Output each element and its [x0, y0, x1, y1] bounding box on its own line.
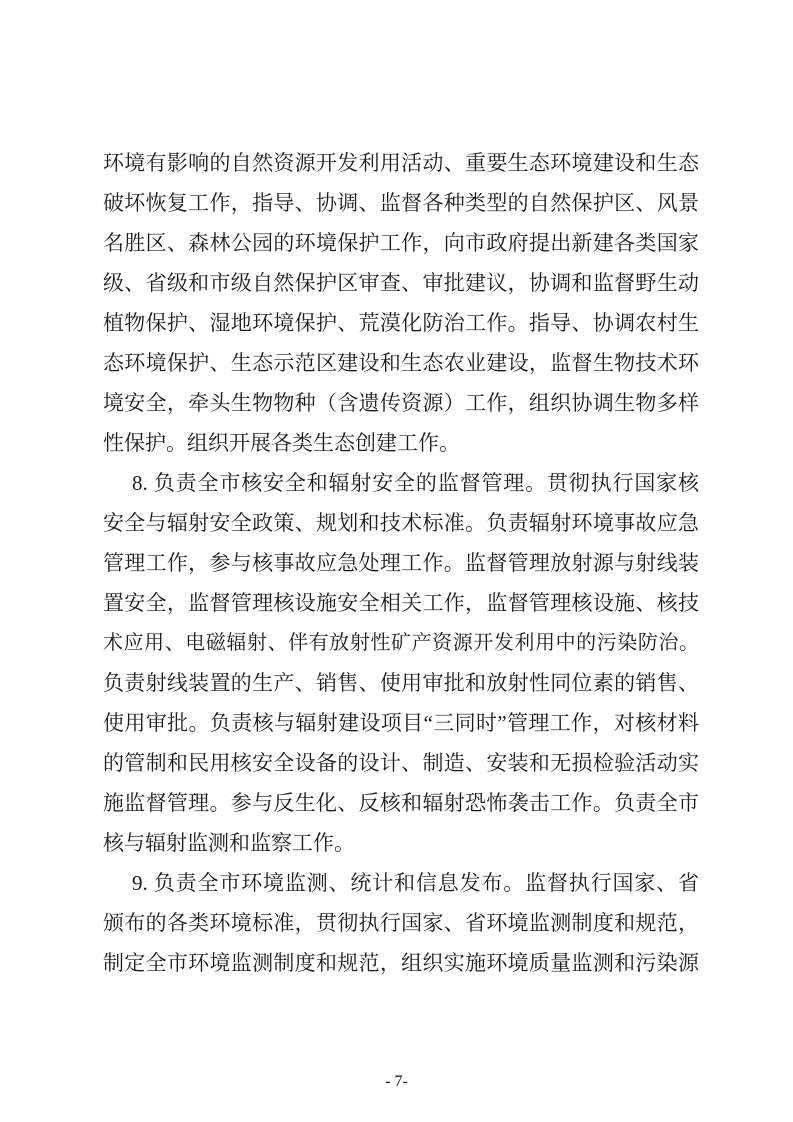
- paragraph-continuation: 环境有影响的自然资源开发利用活动、重要生态环境建设和生态 破坏恢复工作，指导、协…: [103, 143, 699, 463]
- text-line: 境安全，牵头生物物种（含遗传资源）工作，组织协调生物多样: [103, 383, 699, 423]
- text-line: 性保护。组织开展各类生态创建工作。: [103, 423, 699, 463]
- text-block: 环境有影响的自然资源开发利用活动、重要生态环境建设和生态 破坏恢复工作，指导、协…: [103, 143, 699, 983]
- page-number: - 7-: [385, 1073, 408, 1090]
- text-line: 级、省级和市级自然保护区审查、审批建议，协调和监督野生动: [103, 263, 699, 303]
- text-line: 态环境保护、生态示范区建设和生态农业建设，监督生物技术环: [103, 343, 699, 383]
- text-line: 植物保护、湿地环境保护、荒漠化防治工作。指导、协调农村生: [103, 303, 699, 343]
- paragraph-item-9: 9. 负责全市环境监测、统计和信息发布。监督执行国家、省 颁布的各类环境标准，贯…: [103, 863, 699, 983]
- text-line: 8. 负责全市核安全和辐射安全的监督管理。贯彻执行国家核: [103, 463, 699, 503]
- document-page: 环境有影响的自然资源开发利用活动、重要生态环境建设和生态 破坏恢复工作，指导、协…: [0, 0, 793, 1122]
- text-line: 9. 负责全市环境监测、统计和信息发布。监督执行国家、省: [103, 863, 699, 903]
- text-line: 的管制和民用核安全设备的设计、制造、安装和无损检验活动实: [103, 743, 699, 783]
- text-line: 名胜区、森林公园的环境保护工作，向市政府提出新建各类国家: [103, 223, 699, 263]
- page-footer: - 7-: [0, 1070, 793, 1094]
- text-line: 颁布的各类环境标准，贯彻执行国家、省环境监测制度和规范，: [103, 903, 699, 943]
- text-line: 安全与辐射安全政策、规划和技术标准。负责辐射环境事故应急: [103, 503, 699, 543]
- paragraph-item-8: 8. 负责全市核安全和辐射安全的监督管理。贯彻执行国家核 安全与辐射安全政策、规…: [103, 463, 699, 863]
- text-line: 使用审批。负责核与辐射建设项目“三同时”管理工作，对核材料: [103, 703, 699, 743]
- text-line: 核与辐射监测和监察工作。: [103, 823, 699, 863]
- text-line: 术应用、电磁辐射、伴有放射性矿产资源开发利用中的污染防治。: [103, 623, 699, 663]
- text-line: 制定全市环境监测制度和规范，组织实施环境质量监测和污染源: [103, 943, 699, 983]
- text-line: 管理工作，参与核事故应急处理工作。监督管理放射源与射线装: [103, 543, 699, 583]
- text-line: 施监督管理。参与反生化、反核和辐射恐怖袭击工作。负责全市: [103, 783, 699, 823]
- text-line: 环境有影响的自然资源开发利用活动、重要生态环境建设和生态: [103, 143, 699, 183]
- text-line: 置安全，监督管理核设施安全相关工作，监督管理核设施、核技: [103, 583, 699, 623]
- text-line: 负责射线装置的生产、销售、使用审批和放射性同位素的销售、: [103, 663, 699, 703]
- text-line: 破坏恢复工作，指导、协调、监督各种类型的自然保护区、风景: [103, 183, 699, 223]
